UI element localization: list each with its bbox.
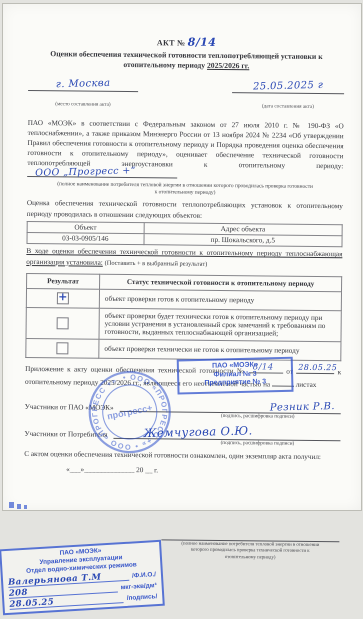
checkbox-plus-mark: + (58, 290, 68, 303)
date-handwritten: 25.05.2025 г (232, 79, 344, 93)
appendix-date-handwritten: 28.05.25 (298, 362, 337, 373)
consumer-caption-line2: к отопительному периоду) (155, 189, 216, 196)
moek-signature-handwritten: Резник Р.В. (270, 401, 335, 414)
consumer-round-stamp: • ООО «ПРОГРЕСС +» • ООО «ПРОГРЕСС +» пр… (79, 362, 180, 463)
consumer-participants-row: Участники от Потребителя Жемчугова О.Ю. (24, 427, 340, 441)
consumer-name-handwritten: ООО „Прогресс +“ (35, 166, 136, 178)
status-table: Результат Статус технической готовности … (25, 273, 342, 361)
object-id-cell: 03-03-0905/146 (27, 233, 144, 245)
branch-stamp-line3: Предприятие № 3 (183, 378, 287, 389)
main-paragraph-text: ПАО «МОЭК» в соответствии с Федеральным … (27, 119, 343, 170)
status-col-result: Результат (27, 274, 100, 290)
place-handwritten: г. Москва (28, 77, 138, 91)
scanned-document-page: АКТ № 8/14 Оценки обеспечения техническо… (2, 3, 362, 511)
document-title-text: Оценки обеспечения технической готовност… (50, 49, 322, 70)
appendix-date-blank: 28.05.25 (296, 365, 334, 374)
conclusion-intro: В ходе оценки обеспечения технической го… (26, 246, 342, 271)
status-row-not-ready: объект проверки технически не готов к от… (26, 339, 341, 361)
document-title: Оценки обеспечения технической готовност… (28, 49, 344, 72)
act-number-line: АКТ № 8/14 (29, 34, 345, 50)
result-checkbox-conditional[interactable] (57, 317, 69, 329)
objects-intro: Оценка обеспечения технической готовност… (27, 198, 343, 222)
status-row-conditional: объект проверки будет технически готов к… (26, 308, 341, 342)
act-number-handwritten: 8/14 (188, 36, 217, 49)
place-block: г. Москва (место составления акта) (28, 78, 138, 111)
place-date-row: г. Москва (место составления акта) 25.05… (28, 78, 344, 113)
appendix-text-3: листах (296, 380, 317, 388)
document-title-years: 2025/2026 гг. (207, 61, 249, 70)
date-caption: (дата составления акта) (262, 103, 314, 110)
status-text-ready: объект проверки готов к отопительному пе… (99, 289, 341, 311)
object-address-cell: пр. Шокальского, д.5 (144, 234, 343, 247)
place-caption: (место составления акта) (55, 101, 110, 108)
moek-participants-row: Участники от ПАО «МОЭК» Резник Р.В. (25, 400, 341, 414)
signatures-zone: Приложение к акту оценки обеспечения тех… (24, 362, 341, 476)
status-text-conditional: объект проверки будет технически готов к… (99, 308, 341, 342)
act-number-label: АКТ № (157, 38, 186, 47)
moek-branch-stamp: ПАО «МОЭК» Филиал № 3 Предприятие № 3 (177, 357, 294, 395)
date-block: 25.05.2025 г (дата составления акта) (232, 80, 344, 113)
acknowledgement-paragraph: С актом оценки обеспечения технической г… (24, 449, 340, 462)
consumer-name-blank: ООО „Прогресс +“ (27, 168, 177, 179)
objects-table: Объект Адрес объекта 03-03-0905/146 пр. … (26, 221, 342, 247)
conclusion-note: (Поставить + в выбранный результат) (105, 259, 208, 267)
main-paragraph: ПАО «МОЭК» в соответствии с Федеральным … (27, 118, 344, 183)
result-checkbox-ready[interactable]: + (57, 292, 69, 304)
consumer-caption: (полное наименование потребителя теплово… (27, 181, 343, 197)
blank-date-line: «___»______________ 20 __ г. (66, 466, 340, 477)
objects-table-row: 03-03-0905/146 пр. Шокальского, д.5 (27, 233, 342, 247)
result-checkbox-not-ready[interactable] (56, 342, 68, 354)
document-content: АКТ № 8/14 Оценки обеспечения техническо… (0, 4, 361, 477)
round-stamp-center-text: прогресс+ (106, 403, 153, 422)
